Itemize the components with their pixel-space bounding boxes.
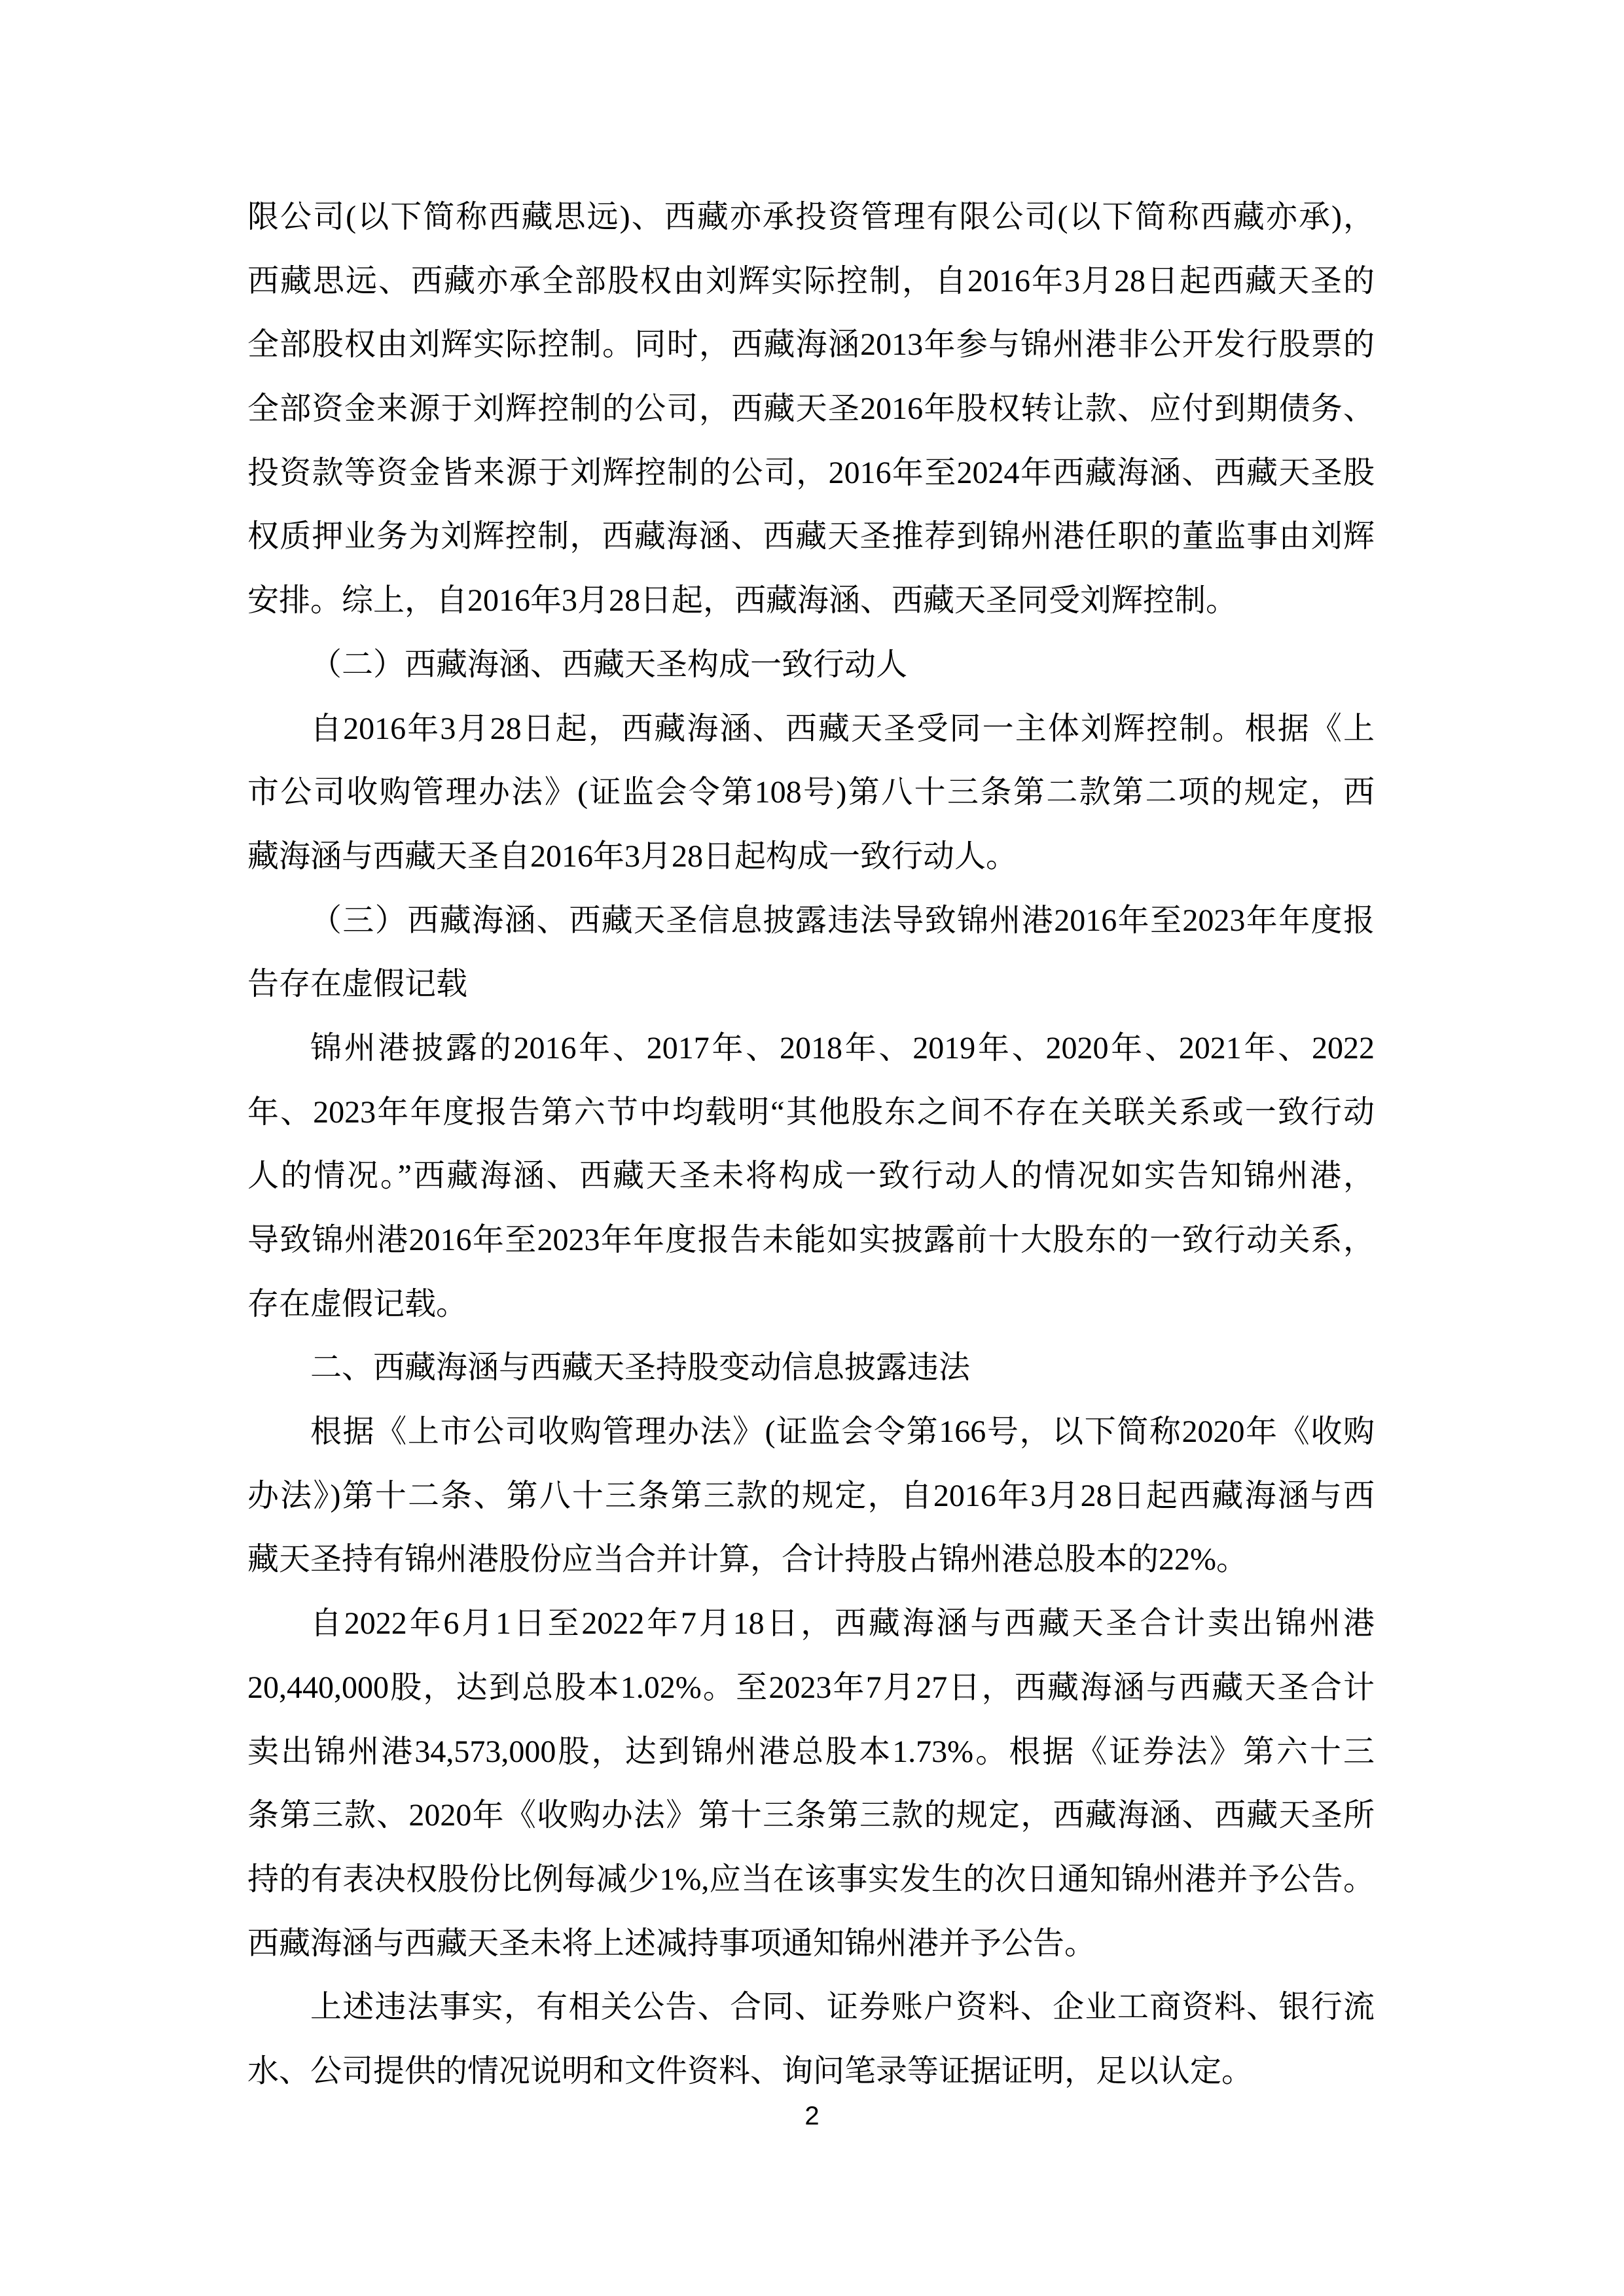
text-line: 卖出锦州港34,573,000股，达到锦州港总股本1.73%。根据《证券法》第六… [247,1720,1375,1784]
text-line: 投资款等资金皆来源于刘辉控制的公司，2016年至2024年西藏海涵、西藏天圣股 [247,441,1375,505]
text-line: 办法》)第十二条、第八十三条第三款的规定，自2016年3月28日起西藏海涵与西 [247,1464,1375,1528]
document-body-text: 限公司(以下简称西藏思远)、西藏亦承投资管理有限公司(以下简称西藏亦承)，西藏思… [247,185,1375,2104]
text-line: 告存在虚假记载 [247,952,1375,1016]
text-line: 年、2023年年度报告第六节中均载明“其他股东之间不存在关联关系或一致行动 [247,1081,1375,1145]
text-line: 藏天圣持有锦州港股份应当合并计算，合计持股占锦州港总股本的22%。 [247,1528,1375,1592]
text-line: 人的情况。”西藏海涵、西藏天圣未将构成一致行动人的情况如实告知锦州港， [247,1144,1375,1208]
text-line: 藏海涵与西藏天圣自2016年3月28日起构成一致行动人。 [247,825,1375,889]
page-number: 2 [0,2101,1624,2131]
text-line: 持的有表决权股份比例每减少1%,应当在该事实发生的次日通知锦州港并予公告。 [247,1848,1375,1912]
text-line: 市公司收购管理办法》(证监会令第108号)第八十三条第二款第二项的规定，西 [247,761,1375,825]
text-line: 水、公司提供的情况说明和文件资料、询问笔录等证据证明，足以认定。 [247,2039,1375,2104]
text-line: 权质押业务为刘辉控制，西藏海涵、西藏天圣推荐到锦州港任职的董监事由刘辉 [247,505,1375,569]
text-line: 自2022年6月1日至2022年7月18日，西藏海涵与西藏天圣合计卖出锦州港 [247,1592,1375,1656]
text-line: 存在虚假记载。 [247,1272,1375,1336]
text-line: （三）西藏海涵、西藏天圣信息披露违法导致锦州港2016年至2023年年度报 [247,889,1375,953]
text-line: 限公司(以下简称西藏思远)、西藏亦承投资管理有限公司(以下简称西藏亦承)， [247,185,1375,249]
text-line: 锦州港披露的2016年、2017年、2018年、2019年、2020年、2021… [247,1016,1375,1081]
text-line: 条第三款、2020年《收购办法》第十三条第三款的规定，西藏海涵、西藏天圣所 [247,1784,1375,1848]
text-line: 二、西藏海涵与西藏天圣持股变动信息披露违法 [247,1336,1375,1400]
document-page: 限公司(以下简称西藏思远)、西藏亦承投资管理有限公司(以下简称西藏亦承)，西藏思… [0,0,1624,2296]
text-line: 导致锦州港2016年至2023年年度报告未能如实披露前十大股东的一致行动关系， [247,1208,1375,1272]
text-line: 全部股权由刘辉实际控制。同时，西藏海涵2013年参与锦州港非公开发行股票的 [247,313,1375,377]
text-line: 全部资金来源于刘辉控制的公司，西藏天圣2016年股权转让款、应付到期债务、 [247,377,1375,441]
text-line: 安排。综上，自2016年3月28日起，西藏海涵、西藏天圣同受刘辉控制。 [247,569,1375,633]
text-line: 自2016年3月28日起，西藏海涵、西藏天圣受同一主体刘辉控制。根据《上 [247,697,1375,761]
text-line: 根据《上市公司收购管理办法》(证监会令第166号，以下简称2020年《收购 [247,1400,1375,1464]
text-line: 西藏海涵与西藏天圣未将上述减持事项通知锦州港并予公告。 [247,1912,1375,1976]
text-line: （二）西藏海涵、西藏天圣构成一致行动人 [247,633,1375,697]
text-line: 西藏思远、西藏亦承全部股权由刘辉实际控制，自2016年3月28日起西藏天圣的 [247,249,1375,314]
text-line: 上述违法事实，有相关公告、合同、证券账户资料、企业工商资料、银行流 [247,1975,1375,2039]
text-line: 20,440,000股，达到总股本1.02%。至2023年7月27日，西藏海涵与… [247,1656,1375,1720]
